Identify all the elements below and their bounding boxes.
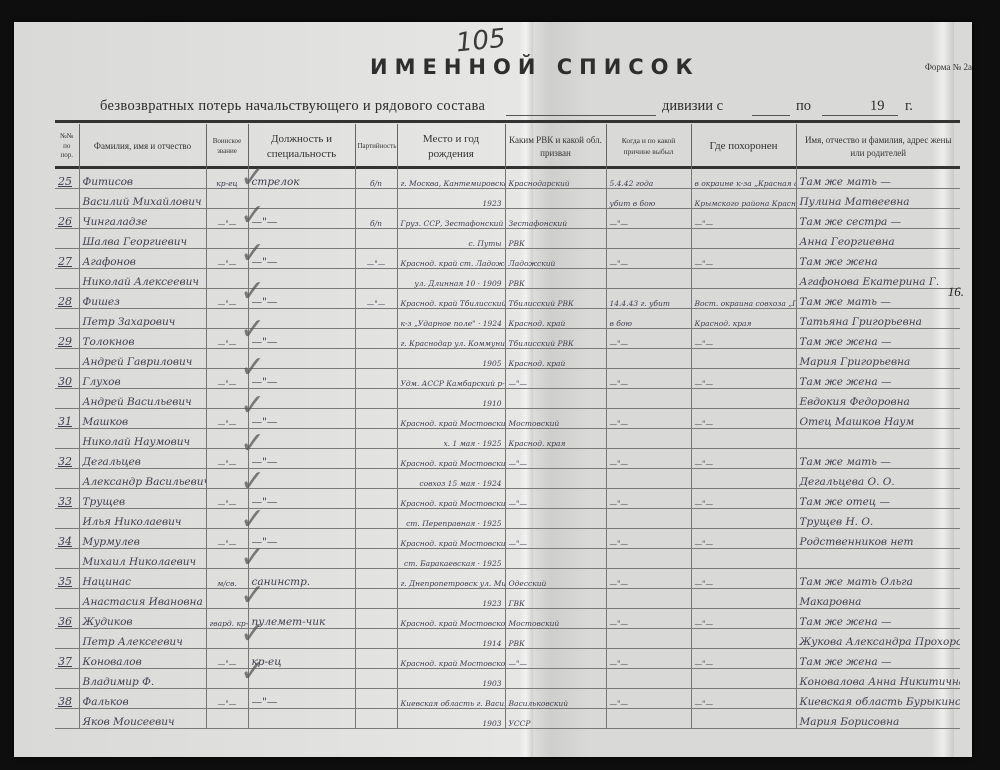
rvk-line-1: Тбилисский РВК [505,289,606,309]
buried-line-2 [691,509,796,529]
birthplace-line-1: г. Краснодар ул. Коммунистическая 336 [397,329,505,349]
rvk-line-2 [505,549,606,569]
form-number: Форма № 2а [925,62,972,72]
given-names: Андрей Васильевич [79,389,206,409]
division-label: дивизии с [662,98,723,115]
pencil-checkmark-icon: ✓ [240,616,265,651]
when-line-1: —"— [606,569,691,589]
surname: Фитисов [79,169,206,189]
when-line-2 [606,629,691,649]
birthplace-line-2: 1910 [397,389,505,409]
birthplace-line-1: Краснод. край Мостовской р-н ст. Псебай [397,609,505,629]
blank [355,189,397,209]
pencil-checkmark-icon: ✓ [240,654,265,689]
given-names: Владимир Ф. [79,669,206,689]
blank-line [822,115,898,116]
record-number: 28 [55,289,79,309]
surname: Машков [79,409,206,429]
surname: Нацинас [79,569,206,589]
buried-line-2 [691,269,796,289]
buried-line-2 [691,469,796,489]
table-row-continuation: Шалва Георгиевичс. ПутыРВКАнна Георгиевн… [55,229,960,249]
buried-line-1: —"— [691,529,796,549]
col-header-name: Фамилия, имя и отчество [79,124,206,169]
table-row-continuation: Александр Васильевичсовхоз 15 мая · 1924… [55,469,960,489]
pencil-checkmark-icon: ✓ [240,426,265,461]
buried-line-2 [691,229,796,249]
table-row: 32Дегальцев—"——"—Краснод. край Мостовски… [55,449,960,469]
buried-line-2 [691,669,796,689]
blank [355,669,397,689]
rvk-line-2: РВК [505,269,606,289]
when-line-2 [606,349,691,369]
pencil-checkmark-icon: ✓ [240,578,265,613]
buried-line-1: в окраине к-за „Красная армия" [691,169,796,189]
table-row-continuation: Андрей Васильевич1910Евдокия Федоровна [55,389,960,409]
buried-line-2 [691,429,796,449]
record-number: 25 [55,169,79,189]
blank [55,549,79,569]
rvk-line-1: Краснодарский [505,169,606,189]
given-names: Шалва Георгиевич [79,229,206,249]
blank [55,389,79,409]
pencil-checkmark-icon: ✓ [240,464,265,499]
rvk-line-2: Краснод. край [505,349,606,369]
birthplace-line-1: Краснод. край Мостовской р-н ст. Псебай [397,649,505,669]
document-subtitle: безвозвратных потерь начальствующего и р… [100,98,485,115]
given-names: Николай Наумович [79,429,206,449]
blank [55,469,79,489]
when-line-1: —"— [606,529,691,549]
record-number: 36 [55,609,79,629]
kin-line-1: Там же мать — [796,169,960,189]
kin-line-2: Анна Георгиевна [796,229,960,249]
rvk-line-2 [505,189,606,209]
when-line-2: в бою [606,309,691,329]
pencil-checkmark-icon: ✓ [240,388,265,423]
buried-line-1: —"— [691,569,796,589]
blank [248,709,355,729]
losses-table: №№ по пор. Фамилия, имя и отчество Воинс… [55,124,960,729]
table-row-continuation: Илья Николаевичст. Переправная · 1925Тру… [55,509,960,529]
col-header-kin: Имя, отчество и фамилия, адрес жены или … [796,124,960,169]
kin-line-1: Там же жена — [796,369,960,389]
when-line-1: —"— [606,449,691,469]
table-row: 33Трущев—"——"—Краснод. край Мостовский р… [55,489,960,509]
blank [55,669,79,689]
when-line-2 [606,429,691,449]
record-number: 34 [55,529,79,549]
when-line-2 [606,549,691,569]
record-number: 30 [55,369,79,389]
table-row: 25Фитисовкр-ецстрелокб/пг. Москва, Канте… [55,169,960,189]
rvk-line-1: Тбилисский РВК [505,329,606,349]
given-names: Александр Васильевич [79,469,206,489]
blank [355,229,397,249]
table-row-continuation: Анастасия Ивановна1923ГВКМакаровна [55,589,960,609]
birthplace-line-2: ст. Баракаевская · 1925 [397,549,505,569]
when-line-1: —"— [606,249,691,269]
table-row: 38Фальков—"——"—Киевская область г. Васил… [55,689,960,709]
rvk-line-2: Краснод. края [505,429,606,449]
birthplace-line-2: к-з „Ударное поле" · 1924 [397,309,505,329]
kin-line-1: Там же мать Ольга [796,569,960,589]
blank [55,429,79,449]
year-suffix: г. [905,98,913,115]
kin-line-2 [796,429,960,449]
year-label: 19 [870,98,885,115]
kin-line-1: Там же сестра — [796,209,960,229]
birthplace-line-1: Краснод. край Мостовский р-н [397,529,505,549]
record-number: 35 [55,569,79,589]
pencil-checkmark-icon: ✓ [240,540,265,575]
party [355,609,397,629]
given-names: Василий Михайлович [79,189,206,209]
rvk-line-1: Одесский [505,569,606,589]
pencil-checkmark-icon: ✓ [240,274,265,309]
pencil-checkmark-icon: ✓ [240,198,265,233]
birthplace-line-1: Краснод. край Тбилисский р-н [397,289,505,309]
table-row-continuation: Николай Наумовичх. 1 мая · 1925Краснод. … [55,429,960,449]
birthplace-line-2: ул. Длинная 10 · 1909 [397,269,505,289]
kin-line-1: Там же жена — [796,649,960,669]
party [355,489,397,509]
header-rule-top [55,120,960,123]
kin-line-2: Жукова Александра Прохоровна [796,629,960,649]
rvk-line-1: Васильковский [505,689,606,709]
table-body: 25Фитисовкр-ецстрелокб/пг. Москва, Канте… [55,169,960,729]
party: б/п [355,169,397,189]
kin-line-1: Там же мать — [796,289,960,309]
birthplace-line-1: Краснод. край Мостовский р-н [397,409,505,429]
buried-line-2 [691,389,796,409]
surname: Чингаладзе [79,209,206,229]
when-line-1: 14.4.43 г. убит [606,289,691,309]
record-number: 29 [55,329,79,349]
rvk-line-1: Мостовский [505,609,606,629]
table-row: 36Жудиковгвард. кр-ецпулемет-чикКраснод.… [55,609,960,629]
when-line-1: —"— [606,609,691,629]
pencil-checkmark-icon: ✓ [240,160,265,195]
table-row: 37Коновалов—"—кр-ецКраснод. край Мостовс… [55,649,960,669]
record-number: 38 [55,689,79,709]
record-number: 37 [55,649,79,669]
birthplace-line-1: Груз. ССР, Зестафонский р-н [397,209,505,229]
party: —"— [355,249,397,269]
rvk-line-1: —"— [505,529,606,549]
table-row-continuation: Василий Михайлович1923убит в боюКрымског… [55,189,960,209]
party [355,569,397,589]
birthplace-line-2: х. 1 мая · 1925 [397,429,505,449]
surname: Трущев [79,489,206,509]
birthplace-line-1: г. Москва, Кантемировская (?) Гл [397,169,505,189]
birthplace-line-1: Краснод. край Мостовский р-н [397,449,505,469]
buried-line-1: —"— [691,249,796,269]
party [355,329,397,349]
rvk-line-2 [505,389,606,409]
pencil-checkmark-icon: ✓ [240,350,265,385]
page-number: 105 [455,23,508,58]
blank-line [506,115,656,116]
party: б/п [355,209,397,229]
rank: —"— [206,689,248,709]
blank [55,189,79,209]
kin-line-2: Трущев Н. О. [796,509,960,529]
when-line-1: 5.4.42 года [606,169,691,189]
buried-line-1: —"— [691,329,796,349]
birthplace-line-2: 1903 [397,709,505,729]
record-number: 33 [55,489,79,509]
when-line-2 [606,229,691,249]
table-row: 27Агафонов—"——"——"—Краснод. край ст. Лад… [55,249,960,269]
blank [55,269,79,289]
kin-line-1: Там же отец — [796,489,960,509]
party [355,529,397,549]
given-names: Михаил Николаевич [79,549,206,569]
birthplace-line-2: совхоз 15 мая · 1924 [397,469,505,489]
blank-line [752,115,790,116]
buried-line-1: —"— [691,649,796,669]
kin-line-1: Киевская область Бурыкинский р-н, жена [796,689,960,709]
buried-line-1: —"— [691,409,796,429]
blank [355,309,397,329]
buried-line-1: —"— [691,609,796,629]
party [355,369,397,389]
kin-line-1: Там же жена [796,249,960,269]
birthplace-line-2: ст. Переправная · 1925 [397,509,505,529]
table-row-continuation: Петр Захаровичк-з „Ударное поле" · 1924К… [55,309,960,329]
kin-line-1: Там же жена — [796,329,960,349]
kin-line-2: Татьяна Григорьевна [796,309,960,329]
buried-line-2 [691,349,796,369]
blank [206,709,248,729]
record-number: 31 [55,409,79,429]
birthplace-line-1: Краснод. край ст. Ладожская [397,249,505,269]
blank [355,429,397,449]
blank [55,709,79,729]
blank [355,349,397,369]
when-line-2 [606,509,691,529]
rvk-line-1: Ладожский [505,249,606,269]
when-line-1: —"— [606,689,691,709]
blank [55,349,79,369]
blank [55,309,79,329]
kin-line-2: Макаровна [796,589,960,609]
when-line-1: —"— [606,409,691,429]
birthplace-line-2: с. Путы [397,229,505,249]
table-row: 34Мурмулев—"——"—Краснод. край Мостовский… [55,529,960,549]
document-title: ИМЕННОЙ СПИСОК [370,55,700,79]
rvk-line-2: РВК [505,229,606,249]
rvk-line-2 [505,469,606,489]
buried-line-2: Крымского района Краснодарского края [691,189,796,209]
birthplace-line-1: г. Днепропетровск ул. Мира 12 [397,569,505,589]
when-line-2 [606,669,691,689]
pencil-checkmark-icon: ✓ [240,502,265,537]
rvk-line-2: РВК [505,629,606,649]
rvk-line-2: Краснод. край [505,309,606,329]
surname: Фишез [79,289,206,309]
record-number: 27 [55,249,79,269]
kin-line-1: Родственников нет [796,529,960,549]
blank [55,509,79,529]
rvk-line-1: —"— [505,369,606,389]
given-names: Андрей Гаврилович [79,349,206,369]
given-names: Анастасия Ивановна [79,589,206,609]
buried-line-2: Краснод. края [691,309,796,329]
rvk-line-1: —"— [505,449,606,469]
buried-line-2 [691,709,796,729]
birthplace-line-2: 1903 [397,669,505,689]
buried-line-1: —"— [691,489,796,509]
surname: Жудиков [79,609,206,629]
pencil-checkmark-icon: ✓ [240,236,265,271]
when-line-1: —"— [606,649,691,669]
table-row-continuation: Владимир Ф.1903Коновалова Анна Никитична [55,669,960,689]
kin-line-2: Дегальцева О. О. [796,469,960,489]
when-line-1: —"— [606,329,691,349]
surname: Агафонов [79,249,206,269]
buried-line-2 [691,549,796,569]
surname: Толокнов [79,329,206,349]
buried-line-1: —"— [691,449,796,469]
table-row: 31Машков—"——"—Краснод. край Мостовский р… [55,409,960,429]
record-number: 32 [55,449,79,469]
col-header-buried: Где похоронен [691,124,796,169]
birthplace-line-1: Киевская область г. Васильков [397,689,505,709]
buried-line-1: —"— [691,369,796,389]
party [355,449,397,469]
margin-page-note: 16. [948,284,964,300]
birthplace-line-2: 1905 [397,349,505,369]
party [355,409,397,429]
col-header-when: Когда и по какой причине выбыл [606,124,691,169]
blank [355,389,397,409]
kin-line-2: Агафонова Екатерина Г. [796,269,960,289]
when-line-2 [606,589,691,609]
when-line-2: убит в бою [606,189,691,209]
table-row-continuation: Яков Моисеевич1903УССРМария Борисовна [55,709,960,729]
surname: Коновалов [79,649,206,669]
birthplace-line-2: 1923 [397,189,505,209]
table-header-row: №№ по пор. Фамилия, имя и отчество Воинс… [55,124,960,169]
table-row-continuation: Петр Алексеевич1914РВКЖукова Александра … [55,629,960,649]
given-names: Петр Алексеевич [79,629,206,649]
buried-line-1: —"— [691,209,796,229]
buried-line-2 [691,589,796,609]
table-row-continuation: Николай Алексеевичул. Длинная 10 · 1909Р… [55,269,960,289]
to-label: по [796,98,811,115]
party: —"— [355,289,397,309]
kin-line-2: Коновалова Анна Никитична [796,669,960,689]
surname: Дегальцев [79,449,206,469]
when-line-2 [606,269,691,289]
blank [355,589,397,609]
rvk-line-2 [505,509,606,529]
blank [355,709,397,729]
table-row: 28Фишез—"——"——"—Краснод. край Тбилисский… [55,289,960,309]
surname: Глухов [79,369,206,389]
table-row-continuation: Михаил Николаевичст. Баракаевская · 1925 [55,549,960,569]
when-line-2 [606,389,691,409]
rvk-line-1: —"— [505,489,606,509]
buried-line-1: Вост. окраина совхоза „Пятилетка" Крымск… [691,289,796,309]
birthplace-line-1: Краснод. край Мостовский р-н [397,489,505,509]
buried-line-2 [691,629,796,649]
when-line-1: —"— [606,489,691,509]
col-header-party: Партийность [355,124,397,169]
when-line-2 [606,709,691,729]
table-row: 29Толокнов—"——"—г. Краснодар ул. Коммуни… [55,329,960,349]
blank [55,229,79,249]
kin-line-1: Там же мать — [796,449,960,469]
col-header-number: №№ по пор. [55,124,79,169]
when-line-2 [606,469,691,489]
blank [355,269,397,289]
blank [355,549,397,569]
kin-line-2: Мария Григорьевна [796,349,960,369]
kin-line-1: Отец Машков Наум [796,409,960,429]
record-number: 26 [55,209,79,229]
kin-line-2 [796,549,960,569]
party [355,649,397,669]
when-line-1: —"— [606,209,691,229]
given-names: Яков Моисеевич [79,709,206,729]
table-row-continuation: Андрей Гаврилович1905Краснод. крайМария … [55,349,960,369]
birthplace-line-2: 1914 [397,629,505,649]
rvk-line-2 [505,669,606,689]
blank [355,509,397,529]
position: —"— [248,689,355,709]
blank [355,629,397,649]
kin-line-2: Пулина Матвеевна [796,189,960,209]
birthplace-line-1: Удм. АССР Камбарский р-н д. Кусаки [397,369,505,389]
buried-line-1: —"— [691,689,796,709]
party [355,689,397,709]
surname: Фальков [79,689,206,709]
blank [55,629,79,649]
surname: Мурмулев [79,529,206,549]
kin-line-2: Мария Борисовна [796,709,960,729]
col-header-rvk: Каким РВК и какой обл. призван [505,124,606,169]
rvk-line-1: Зестафонский [505,209,606,229]
rvk-line-1: Мостовский [505,409,606,429]
given-names: Илья Николаевич [79,509,206,529]
col-header-birth: Место и год рождения [397,124,505,169]
rvk-line-2: УССР [505,709,606,729]
given-names: Петр Захарович [79,309,206,329]
table-row: 26Чингаладзе—"——"—б/пГруз. ССР, Зестафон… [55,209,960,229]
blank [55,589,79,609]
birthplace-line-2: 1923 [397,589,505,609]
when-line-1: —"— [606,369,691,389]
table-row: 30Глухов—"——"—Удм. АССР Камбарский р-н д… [55,369,960,389]
rvk-line-2: ГВК [505,589,606,609]
blank [355,469,397,489]
kin-line-1: Там же жена — [796,609,960,629]
rvk-line-1: —"— [505,649,606,669]
table-row: 35Нацинасм/св.санинстр.г. Днепропетровск… [55,569,960,589]
kin-line-2: Евдокия Федоровна [796,389,960,409]
pencil-checkmark-icon: ✓ [240,312,265,347]
given-names: Николай Алексеевич [79,269,206,289]
